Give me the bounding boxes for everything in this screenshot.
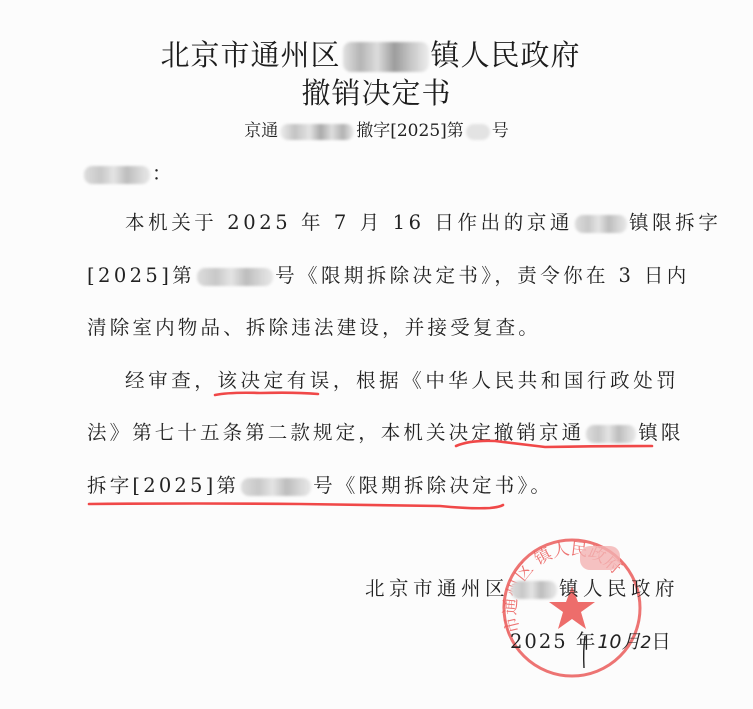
reference-number: 京通撤字[2025]第号 <box>0 119 753 143</box>
body-line-4: 经审查，该决定有误，根据《中华人民共和国行政处罚 <box>125 368 679 394</box>
redacted-seal-text <box>580 546 620 570</box>
redacted-ref-number <box>466 124 490 140</box>
redacted-ref-code <box>280 124 354 140</box>
redacted-addressee-name <box>84 166 150 184</box>
highlighted-phrase-revoke: 撤销京通 <box>494 421 584 444</box>
issuing-authority-title: 北京市通州区镇人民政府 <box>0 38 747 72</box>
handwritten-month: 10月 <box>597 631 640 653</box>
redacted-order-number <box>241 478 311 496</box>
signature-authority: 北京市通州区镇人民政府 <box>365 573 679 601</box>
highlighted-phrase-error: 该决定有误 <box>217 369 333 392</box>
redacted-town <box>511 581 557 599</box>
issue-date: 2025 年10月2日 <box>510 626 673 654</box>
body-line-6: 拆字[2025]第号《限期拆除决定书》。 <box>87 473 553 499</box>
redacted-town-name <box>343 42 429 72</box>
body-line-2: [2025]第号《限期拆除决定书》，责令你在 3 日内 <box>87 263 690 289</box>
addressee: ： <box>82 161 176 187</box>
redacted-town <box>586 425 636 443</box>
handwritten-day: 2 <box>641 633 652 653</box>
official-seal: 市通州区 镇人民政府 <box>500 536 645 681</box>
body-line-3: 清除室内物品、拆除违法建设，并接受复查。 <box>87 315 541 341</box>
underline-revoke-phrase-2 <box>89 504 503 509</box>
body-line-5: 法》第七十五条第二款规定，本机关决定撤销京通镇限 <box>87 420 683 446</box>
body-line-1: 本机关于 2025 年 7 月 16 日作出的京通镇限拆字 <box>125 210 721 236</box>
redacted-order-number <box>197 268 273 286</box>
redacted-town <box>575 215 627 233</box>
document-type-title: 撤销决定书 <box>0 76 753 110</box>
document-page: 北京市通州区镇人民政府 撤销决定书 京通撤字[2025]第号 ： 本机关于 20… <box>0 0 753 709</box>
